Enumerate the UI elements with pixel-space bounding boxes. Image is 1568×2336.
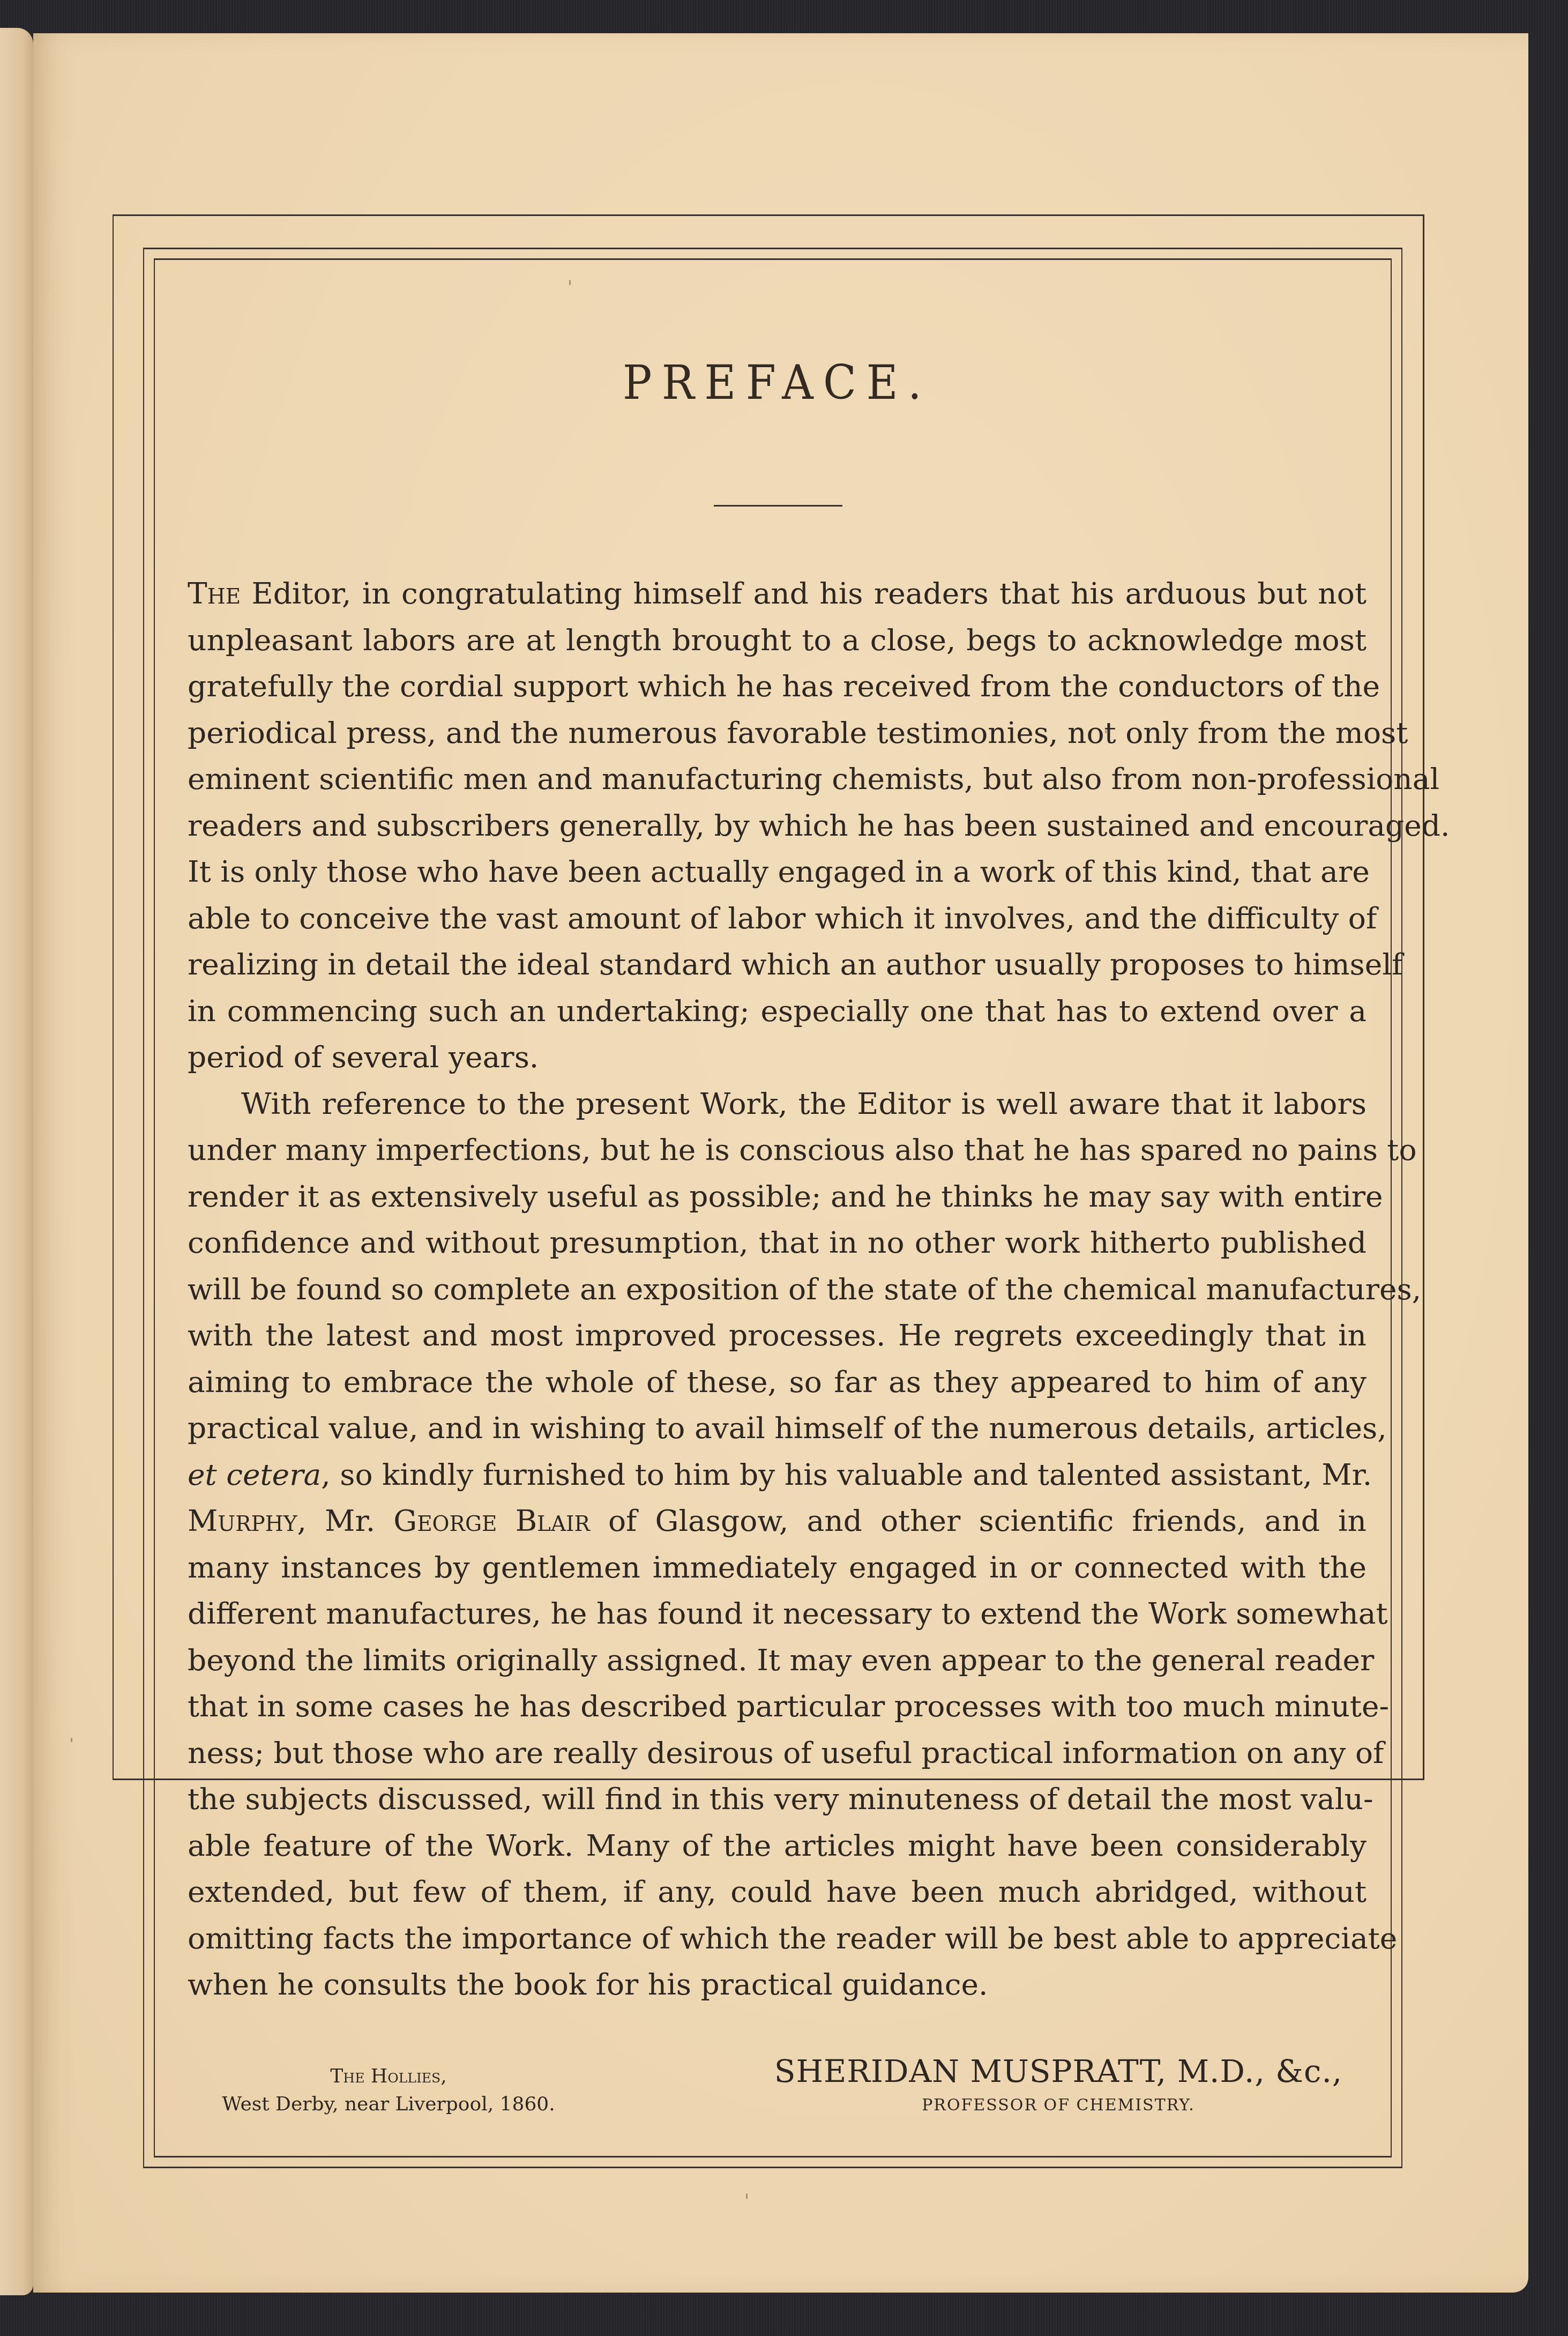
text-line: able to conceive the vast amount of labo… bbox=[188, 895, 1367, 942]
signoff-place-date: The Hollies, West Derby, near Liverpool,… bbox=[188, 2063, 589, 2118]
smallcaps-lead: The bbox=[188, 576, 241, 611]
book-page: PREFACE. The Editor, in congratulating h… bbox=[33, 33, 1528, 2293]
paragraph-2: With reference to the present Work, the … bbox=[188, 1081, 1367, 2008]
text-line: unpleasant labors are at length brought … bbox=[188, 617, 1367, 664]
previous-page-edge bbox=[0, 28, 33, 2295]
text-line: that in some cases he has described part… bbox=[188, 1683, 1367, 1730]
text-line: ness; but those who are really desirous … bbox=[188, 1730, 1367, 1776]
paper-speck bbox=[746, 2193, 748, 2199]
text-line: render it as extensively useful as possi… bbox=[188, 1173, 1367, 1220]
paper-speck bbox=[569, 280, 571, 285]
text-line: beyond the limits originally assigned. I… bbox=[188, 1637, 1367, 1684]
paper-speck bbox=[71, 1738, 72, 1742]
text-line: The Editor, in congratulating himself an… bbox=[188, 570, 1367, 617]
text-line: Murphy, Mr. George Blair of Glasgow, and… bbox=[188, 1498, 1367, 1544]
text-line: eminent scientific men and manufacturing… bbox=[188, 756, 1367, 802]
text-line: periodical press, and the numerous favor… bbox=[188, 710, 1367, 756]
text-line: under many imperfections, but he is cons… bbox=[188, 1127, 1367, 1173]
text-line: with the latest and most improved proces… bbox=[188, 1312, 1367, 1359]
author-title: PROFESSOR OF CHEMISTRY. bbox=[750, 2091, 1367, 2121]
text-line: readers and subscribers generally, by wh… bbox=[188, 802, 1367, 849]
text-line: et cetera, so kindly furnished to him by… bbox=[188, 1452, 1367, 1498]
signoff-author: SHERIDAN MUSPRATT, M.D., &c., PROFESSOR … bbox=[750, 2052, 1367, 2121]
text-line: able feature of the Work. Many of the ar… bbox=[188, 1822, 1367, 1869]
text-line: extended, but few of them, if any, could… bbox=[188, 1869, 1367, 1915]
place-name: The Hollies, bbox=[188, 2063, 589, 2091]
smallcaps-name: George Blair bbox=[393, 1504, 590, 1538]
text-line: aiming to embrace the whole of these, so… bbox=[188, 1359, 1367, 1405]
paper-speck bbox=[1105, 730, 1107, 733]
text-line: realizing in detail the ideal standard w… bbox=[188, 941, 1367, 988]
title-rule-divider bbox=[714, 505, 842, 507]
author-name: SHERIDAN MUSPRATT, M.D., &c., bbox=[750, 2052, 1367, 2091]
paragraph-1: The Editor, in congratulating himself an… bbox=[188, 570, 1367, 1081]
text-line: practical value, and in wishing to avail… bbox=[188, 1405, 1367, 1452]
text-line: many instances by gentlemen immediately … bbox=[188, 1544, 1367, 1591]
text-line: will be found so complete an exposition … bbox=[188, 1266, 1367, 1313]
text-line: when he consults the book for his practi… bbox=[188, 1961, 1367, 2008]
text-line: different manufactures, he has found it … bbox=[188, 1590, 1367, 1637]
text-line: gratefully the cordial support which he … bbox=[188, 663, 1367, 710]
page-title: PREFACE. bbox=[235, 359, 1319, 406]
text-line: confidence and without presumption, that… bbox=[188, 1219, 1367, 1266]
place-date: West Derby, near Liverpool, 1860. bbox=[188, 2091, 589, 2118]
text-line: omitting facts the importance of which t… bbox=[188, 1915, 1367, 1962]
text-line: It is only those who have been actually … bbox=[188, 849, 1367, 895]
italic-lead: et cetera bbox=[188, 1457, 321, 1492]
text-line: period of several years. bbox=[188, 1034, 1367, 1081]
preface-body: The Editor, in congratulating himself an… bbox=[188, 570, 1367, 2008]
text-line: in commencing such an undertaking; espec… bbox=[188, 988, 1367, 1035]
text-line: With reference to the present Work, the … bbox=[188, 1081, 1367, 1127]
smallcaps-name: Murphy bbox=[188, 1504, 297, 1538]
text-line: the subjects discussed, will find in thi… bbox=[188, 1776, 1367, 1822]
